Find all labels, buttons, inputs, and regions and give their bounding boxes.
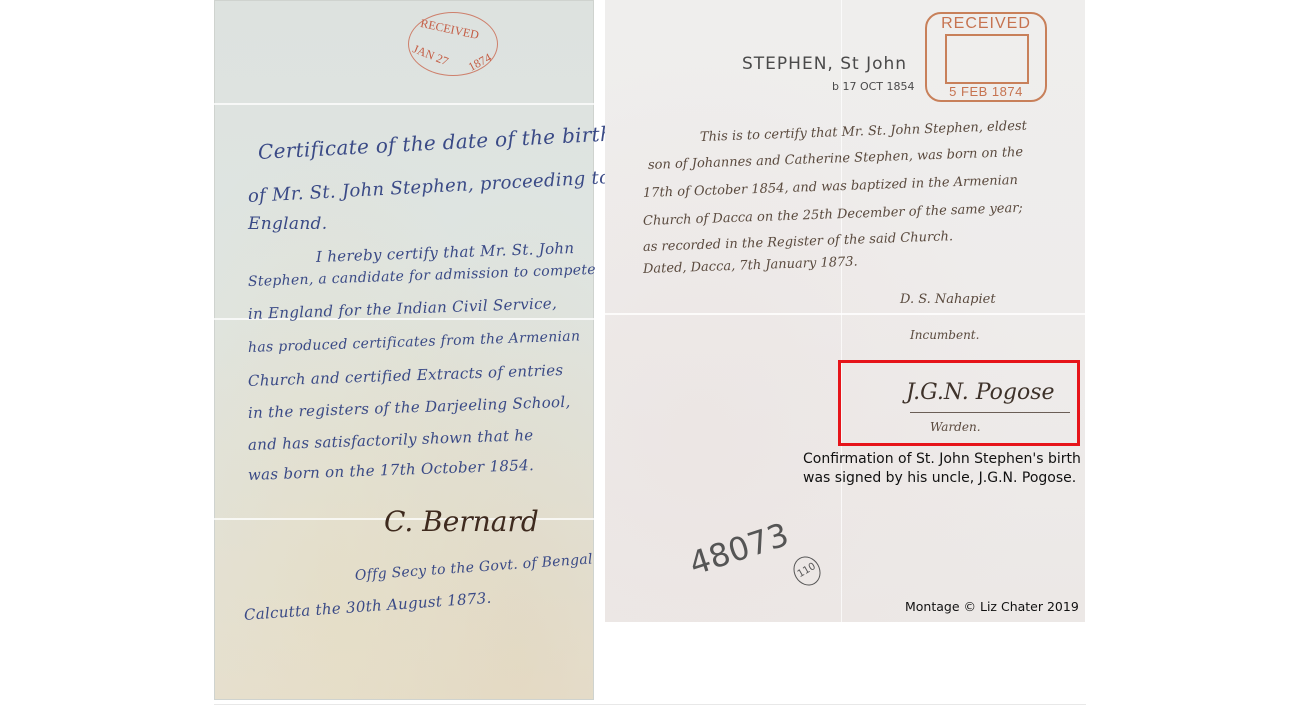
signature-nahapiet: D. S. Nahapiet: [900, 292, 996, 307]
montage-credit: Montage © Liz Chater 2019: [905, 599, 1079, 614]
paper-fold: [841, 0, 842, 622]
signature-bernard: C. Bernard: [384, 505, 539, 538]
received-stamp-rect: RECEIVED 5 FEB 1874: [925, 12, 1047, 102]
paper-fold: [214, 103, 594, 105]
divider: [214, 704, 1086, 705]
paper-fold: [605, 313, 1085, 315]
caption-line1: Confirmation of St. John Stephen's birth: [803, 450, 1081, 469]
signature-pogose: J.G.N. Pogose: [906, 380, 1055, 405]
certificate-title-line3: England.: [248, 214, 327, 234]
stamp-inner-box: [945, 34, 1029, 84]
pencil-note-birthdate: b 17 OCT 1854: [832, 80, 915, 93]
signature-pogose-title: Warden.: [930, 420, 981, 434]
pencil-note-name: STEPHEN, St John: [742, 54, 907, 74]
stamp-date-text: 5 FEB 1874: [927, 84, 1045, 99]
stamp-received-text: RECEIVED: [927, 15, 1045, 33]
signature-nahapiet-title: Incumbent.: [910, 328, 979, 342]
signature-underline: [910, 412, 1070, 413]
caption-line2: was signed by his uncle, J.G.N. Pogose.: [803, 469, 1076, 488]
